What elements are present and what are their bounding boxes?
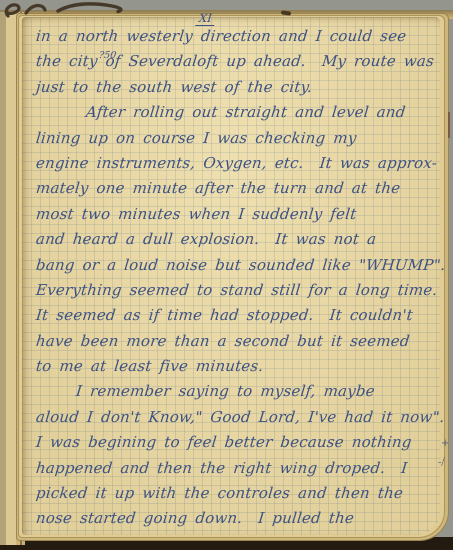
handwritten-line-paragraph-start: I remember saying to myself, maybe xyxy=(36,379,433,404)
binding-scribble-marks xyxy=(0,0,140,22)
handwritten-line: most two minutes when I suddenly felt xyxy=(36,202,433,227)
handwritten-text: happened and then the right wing droped.… xyxy=(35,456,409,481)
margin-mark-dash: -/ xyxy=(437,457,445,469)
handwritten-text: the city of Severdaloft up ahead. My rou… xyxy=(35,49,436,74)
handwritten-line: aloud I don't Know," Good Lord, I've had… xyxy=(36,405,433,430)
handwritten-text: in a north westerly direction and I coul… xyxy=(35,24,408,49)
handwritten-line: and heard a dull explosion. It was not a xyxy=(36,227,433,252)
handwritten-text: and heard a dull explosion. It was not a xyxy=(35,227,378,252)
handwritten-text: lining up on course I was checking my xyxy=(35,126,358,151)
handwritten-line: bang or a loud noise but sounded like "W… xyxy=(36,253,433,278)
handwritten-line: the city of Severdaloft up ahead. My rou… xyxy=(36,49,433,74)
handwritten-line: lining up on course I was checking my xyxy=(36,126,433,151)
margin-mark-plus: + xyxy=(441,438,449,449)
handwritten-text: most two minutes when I suddenly felt xyxy=(35,202,358,227)
handwritten-line: Everything seemed to stand still for a l… xyxy=(36,278,433,303)
handwritten-line-paragraph-start: After rolling out straight and level and xyxy=(36,100,433,125)
handwritten-text: bang or a loud noise but sounded like "W… xyxy=(35,253,447,278)
handwritten-line: It seemed as if time had stopped. It cou… xyxy=(36,303,433,328)
handwritten-line: I was begining to feel better because no… xyxy=(36,430,433,455)
handwritten-line: happened and then the right wing droped.… xyxy=(36,456,433,481)
handwritten-text: After rolling out straight and level and xyxy=(85,100,407,125)
handwritten-line: to me at least five minutes. xyxy=(36,354,433,379)
handwritten-text: I remember saying to myself, maybe xyxy=(75,379,376,404)
handwritten-text: It seemed as if time had stopped. It cou… xyxy=(35,303,414,328)
handwritten-line: mately one minute after the turn and at … xyxy=(36,176,433,201)
handwritten-text: nose started going down. I pulled the xyxy=(35,506,356,531)
handwritten-text: have been more than a second but it seem… xyxy=(35,329,411,354)
handwritten-text: just to the south west of the city. xyxy=(35,75,314,100)
handwritten-text: aloud I don't Know," Good Lord, I've had… xyxy=(35,405,446,430)
handwritten-line: just to the south west of the city. xyxy=(36,75,433,100)
handwritten-line: in a north westerly direction and I coul… xyxy=(36,24,433,49)
handwritten-line: picked it up with the controles and then… xyxy=(36,481,433,506)
handwritten-text: picked it up with the controles and then… xyxy=(35,481,405,506)
handwritten-line: have been more than a second but it seem… xyxy=(36,329,433,354)
handwritten-line: engine instruments, Oxygen, etc. It was … xyxy=(36,151,433,176)
handwritten-text: to me at least five minutes. xyxy=(35,354,265,379)
handwritten-text: Everything seemed to stand still for a l… xyxy=(35,278,439,303)
handwritten-text: I was begining to feel better because no… xyxy=(35,430,413,455)
handwritten-text: engine instruments, Oxygen, etc. It was … xyxy=(35,151,439,176)
notebook-scan: XI ?50 + -/ in a north westerly directio… xyxy=(0,0,453,550)
handwritten-line: nose started going down. I pulled the xyxy=(36,506,433,531)
handwritten-text: mately one minute after the turn and at … xyxy=(35,176,402,201)
handwritten-text-block: in a north westerly direction and I coul… xyxy=(36,24,433,532)
page-edge-stain xyxy=(448,112,450,138)
